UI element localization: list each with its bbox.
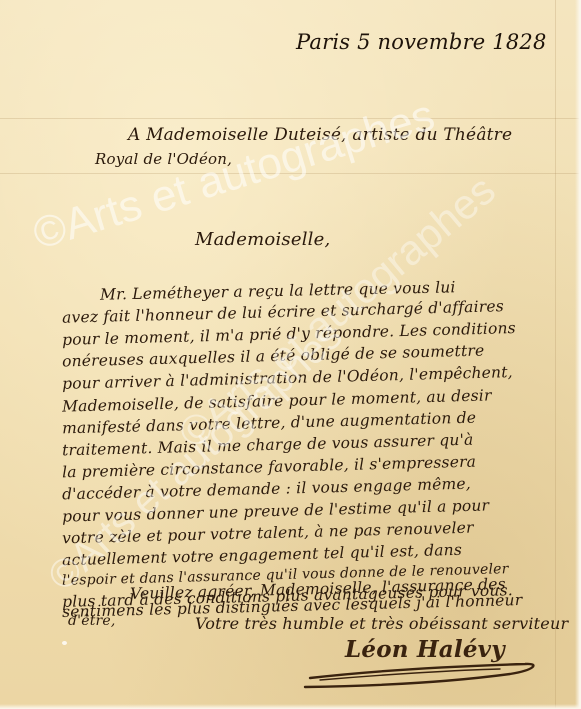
paper-edge	[0, 704, 581, 709]
paper-fold-line	[0, 173, 581, 174]
letter-date: Paris 5 novembre 1828	[296, 30, 547, 54]
paper-fold-line	[0, 118, 581, 119]
paper-blemish	[62, 641, 67, 645]
closing-line: d'être,	[68, 613, 116, 629]
recipient-address-line-2: Royal de l'Odéon,	[95, 150, 232, 168]
paper-edge	[575, 0, 581, 709]
letter-page: Paris 5 novembre 1828 A Mademoiselle Dut…	[0, 0, 581, 709]
recipient-address-line-1: A Mademoiselle Duteisé, artiste du Théât…	[128, 125, 512, 145]
complimentary-close: Votre très humble et très obéissant serv…	[195, 614, 568, 633]
signature-flourish	[300, 660, 540, 690]
salutation: Mademoiselle,	[195, 229, 330, 250]
signature: Léon Halévy	[345, 636, 505, 663]
paper-fold-line	[555, 0, 556, 709]
